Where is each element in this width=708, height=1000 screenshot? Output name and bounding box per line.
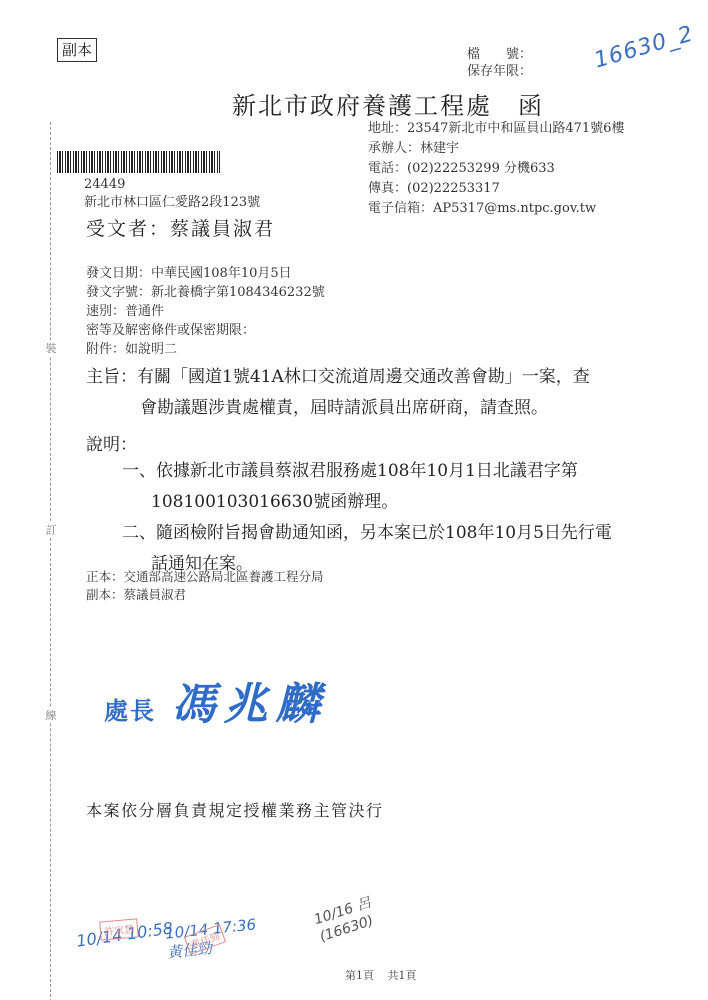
explanation-list: 一、依據新北市議員蔡淑君服務處108年10月1日北議君字第 1081001030… [122,456,682,580]
issue-info: 發文日期：中華民國108年10月5日 發文字號：新北養橋字第1084346232… [86,264,325,359]
recipient: 受文者：蔡議員淑君 [86,214,275,241]
subject-line-2: 會勘議題涉貴處權責，屆時請派員出席研商，請查照。 [86,393,646,424]
subject-line-1: 主旨：有關「國道1號41A林口交流道周邊交通改善會勘」一案，查 [86,362,646,393]
signature-name: 馮兆麟 [172,679,328,730]
recipient-address-block: 24449 新北市林口區仁愛路2段123號 [84,176,260,212]
authority-note: 本案依分層負責規定授權業務主管決行 [86,798,384,821]
explanation-item-1-line-1: 一、依據新北市議員蔡淑君服務處108年10月1日北議君字第 [122,456,682,487]
contact-address: 地址：23547新北市中和區員山路471號6樓 [368,119,624,139]
binding-line [50,122,51,1000]
contact-handler: 承辦人：林建宇 [368,139,624,159]
original-to: 正本：交通部高速公路局北區養護工程分局 [86,568,324,586]
file-number-label: 檔 號： [467,46,532,63]
retention-label: 保存年限： [467,63,532,80]
binding-mark-1: 裝 [44,340,58,356]
recipient-postcode: 24449 [84,176,260,194]
barcode-icon [57,151,220,173]
issue-attachment: 附件：如說明二 [86,340,325,359]
explanation-item-1-line-2: 108100103016630號函辦理。 [122,487,682,518]
contact-fax: 傳真：(02)22253317 [368,179,624,199]
issue-number: 發文字號：新北養橋字第1084346232號 [86,283,325,302]
signature-title: 處長 [104,696,156,725]
contact-phone: 電話：(02)22253299 分機633 [368,159,624,179]
seal-left: 許家慧 [99,918,139,940]
explanation-item-2-line-1: 二、隨函檢附旨揭會勘通知函，另本案已於108年10月5日先行電 [122,518,682,549]
binding-mark-3: 線 [44,707,58,723]
issue-date: 發文日期：中華民國108年10月5日 [86,264,325,283]
subject: 主旨：有關「國道1號41A林口交流道周邊交通改善會勘」一案，查 會勘議題涉貴處權… [86,362,646,424]
contact-info: 地址：23547新北市中和區員山路471號6樓 承辦人：林建宇 電話：(02)2… [368,119,624,219]
contact-email: 電子信箱：AP5317@ms.ntpc.gov.tw [368,199,624,219]
recipient-address: 新北市林口區仁愛路2段123號 [84,194,260,212]
copy-stamp: 副本 [57,38,97,62]
issue-speed: 速別：普通件 [86,302,325,321]
handwritten-note-mid: 10/16 呂 (16630) [312,894,379,946]
signature: 處長 馮兆麟 [104,668,328,732]
distribution: 正本：交通部高速公路局北區養護工程分局 副本：蔡議員淑君 [86,568,324,604]
copy-to: 副本：蔡議員淑君 [86,586,324,604]
explanation-label: 說明： [86,430,137,455]
issue-classification: 密等及解密條件或保密期限： [86,321,325,340]
page-number: 第1頁 共1頁 [345,967,417,983]
file-meta: 檔 號： 保存年限： [467,46,532,80]
binding-mark-2: 訂 [44,522,58,538]
handwritten-file-number: 16630_2 [592,21,697,73]
document-title: 新北市政府養護工程處 函 [232,86,544,121]
